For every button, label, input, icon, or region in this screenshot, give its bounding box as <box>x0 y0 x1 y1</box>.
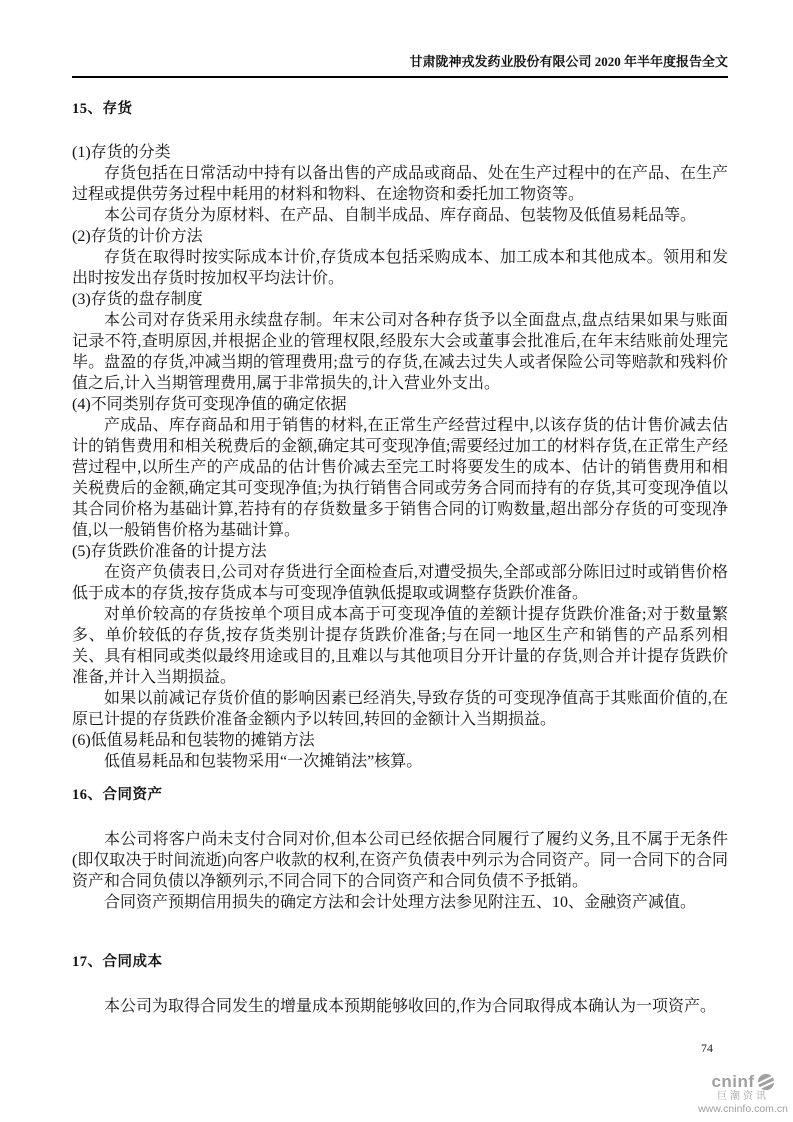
paragraph: 合同资产预期信用损失的确定方法和会计处理方法参见附注五、10、金融资产减值。 <box>72 892 728 913</box>
paragraph: 存货在取得时按实际成本计价,存货成本包括采购成本、加工成本和其他成本。领用和发出… <box>72 247 728 289</box>
paragraph: 本公司为取得合同发生的增量成本预期能够收回的,作为合同取得成本确认为一项资产。 <box>72 996 728 1017</box>
subsection-label: (5)存货跌价准备的计提方法 <box>72 541 728 562</box>
section-heading-inventory: 15、存货 <box>72 100 728 118</box>
cninfo-logo: cninf 巨潮资讯 www.cninfo.com.cn <box>698 1073 788 1115</box>
subsection-label: (4)不同类别存货可变现净值的确定依据 <box>72 394 728 415</box>
paragraph: 本公司存货分为原材料、在产品、自制半成品、库存商品、包装物及低值易耗品等。 <box>72 205 728 226</box>
logo-chinese-name: 巨潮资讯 <box>698 1091 788 1102</box>
paragraph: 本公司对存货采用永续盘存制。年末公司对各种存货予以全面盘点,盘点结果如果与账面记… <box>72 310 728 394</box>
paragraph: 如果以前减记存货价值的影响因素已经消失,导致存货的可变现净值高于其账面价值的,在… <box>72 688 728 730</box>
subsection-label: (2)存货的计价方法 <box>72 226 728 247</box>
paragraph: 低值易耗品和包装物采用“一次摊销法”核算。 <box>72 751 728 772</box>
cninfo-swirl-icon <box>757 1073 775 1091</box>
page-number: 74 <box>701 1041 713 1056</box>
paragraph: 存货包括在日常活动中持有以备出售的产成品或商品、处在生产过程中的在产品、在生产过… <box>72 163 728 205</box>
paragraph: 在资产负债表日,公司对存货进行全面检查后,对遭受损失,全部或部分陈旧过时或销售价… <box>72 562 728 604</box>
logo-brand-row: cninf <box>698 1073 788 1091</box>
page-header: 甘肃陇神戎发药业股份有限公司 2020 年半年度报告全文 <box>0 0 793 78</box>
section-heading-contract-costs: 17、合同成本 <box>72 953 728 971</box>
paragraph: 本公司将客户尚未支付合同对价,但本公司已经依据合同履行了履约义务,且不属于无条件… <box>72 829 728 892</box>
subsection-label: (1)存货的分类 <box>72 142 728 163</box>
logo-url: www.cninfo.com.cn <box>698 1103 788 1115</box>
paragraph: 产成品、库存商品和用于销售的材料,在正常生产经营过程中,以该存货的估计售价减去估… <box>72 415 728 541</box>
document-body: 15、存货 (1)存货的分类 存货包括在日常活动中持有以备出售的产成品或商品、处… <box>0 100 793 1017</box>
header-title: 甘肃陇神戎发药业股份有限公司 2020 年半年度报告全文 <box>72 54 728 70</box>
section-heading-contract-assets: 16、合同资产 <box>72 786 728 804</box>
subsection-label: (6)低值易耗品和包装物的摊销方法 <box>72 730 728 751</box>
logo-brand-text: cninf <box>711 1073 754 1091</box>
subsection-label: (3)存货的盘存制度 <box>72 289 728 310</box>
paragraph: 对单价较高的存货按单个项目成本高于可变现净值的差额计提存货跌价准备;对于数量繁多… <box>72 604 728 688</box>
report-page: 甘肃陇神戎发药业股份有限公司 2020 年半年度报告全文 15、存货 (1)存货… <box>0 0 793 1122</box>
header-divider <box>72 76 728 78</box>
